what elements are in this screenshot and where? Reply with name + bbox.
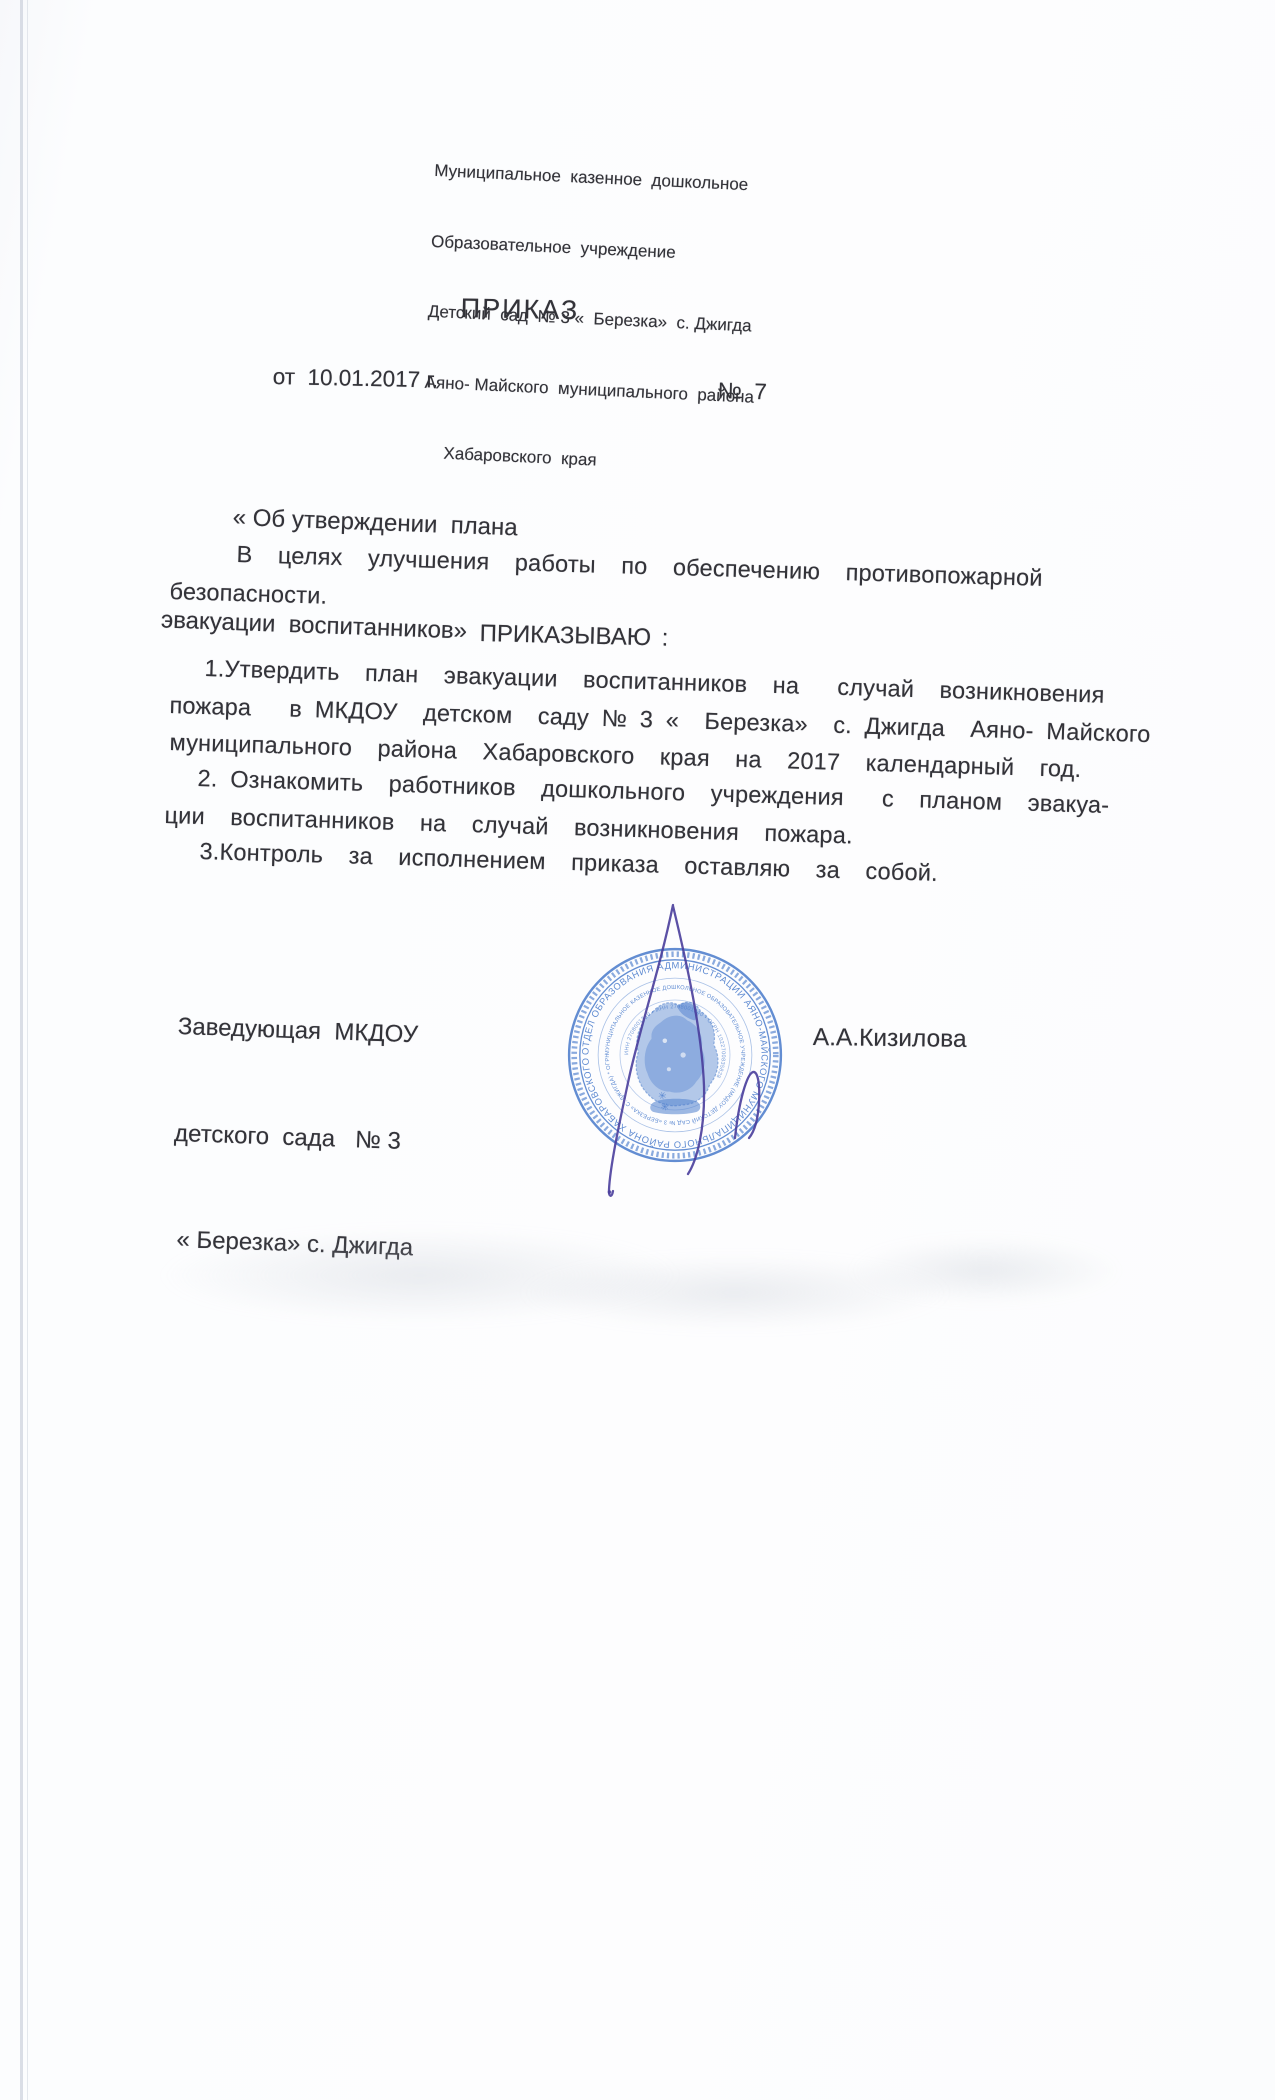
handwritten-signature <box>552 868 1022 1218</box>
bleed-through-smudge <box>850 1238 1120 1303</box>
subject-line: эвакуации воспитанников» <box>160 602 514 650</box>
preamble-line: безопасности. <box>169 578 327 610</box>
scan-edge-line <box>20 0 23 2100</box>
org-header-line: Образовательное учреждение <box>431 229 761 267</box>
order-number: № 7 <box>717 378 767 405</box>
signature-graphic <box>552 868 1022 1218</box>
scan-edge-line-2 <box>27 0 28 2100</box>
resolution-word: ПРИКАЗЫВАЮ : <box>479 620 668 653</box>
order-date: от 10.01.2017 г. <box>272 364 438 393</box>
org-header-line: Аяно- Майского муниципального района <box>424 370 754 408</box>
org-header-line: Муниципальное казенное дошкольное <box>434 159 764 197</box>
scanned-document-page: Муниципальное казенное дошкольное Образо… <box>0 0 1275 2100</box>
signatory-line: детского сада № 3 <box>174 1115 418 1159</box>
subject-line: « Об утверждении плана <box>232 500 518 545</box>
document-title: ПРИКАЗ <box>460 293 579 326</box>
signatory-line: Заведующая МКДОУ <box>177 1009 421 1053</box>
